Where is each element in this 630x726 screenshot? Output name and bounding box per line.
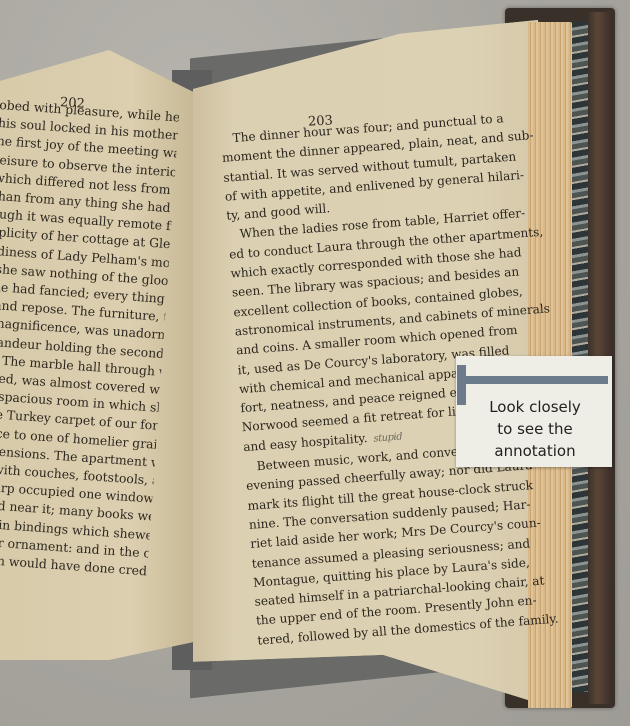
- note-line: annotation: [470, 440, 600, 462]
- pointer-bar-icon: [462, 376, 608, 384]
- note-line: Look closely: [470, 396, 600, 418]
- sticky-note-text: Look closely to see the annotation: [470, 396, 600, 462]
- note-line: to see the: [470, 418, 600, 440]
- pointer-stem-icon: [457, 365, 466, 405]
- book-photo: 202 obed with pleasure, while he saw the…: [0, 0, 630, 726]
- pencil-annotation: stupid: [373, 427, 403, 448]
